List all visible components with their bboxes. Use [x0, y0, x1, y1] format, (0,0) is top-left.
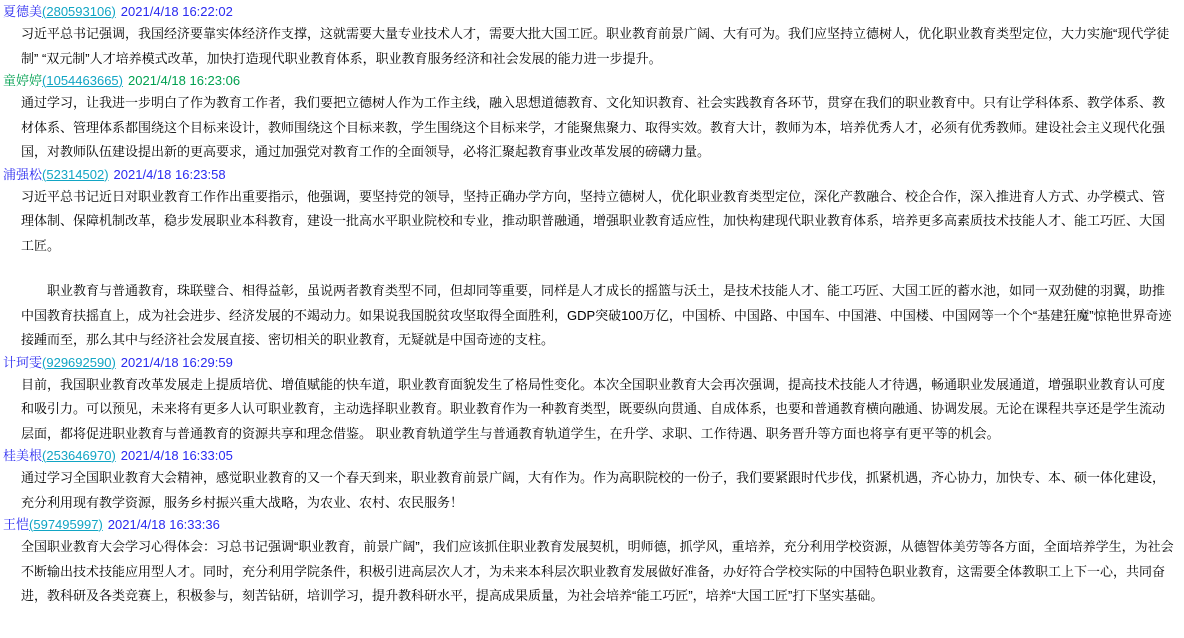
- message-paragraph: 通过学习全国职业教育大会精神，感觉职业教育的又一个春天到来，职业教育前景广阔，大…: [21, 466, 1174, 515]
- message-paragraph: 通过学习，让我进一步明白了作为教育工作者，我们要把立德树人作为工作主线，融入思想…: [21, 91, 1174, 165]
- message-body: 全国职业教育大会学习心得体会：习总书记强调“职业教育，前景广阔”，我们应该抓住职…: [21, 535, 1174, 609]
- message-header: 桂美根2536469702021/4/18 16:33:05: [3, 446, 1178, 466]
- timestamp: 2021/4/18 16:29:59: [121, 355, 233, 370]
- message-paragraph: 全国职业教育大会学习心得体会：习总书记强调“职业教育，前景广阔”，我们应该抓住职…: [21, 535, 1174, 609]
- message-paragraph: 习近平总书记强调，我国经济要靠实体经济作支撑，这就需要大量专业技术人才，需要大批…: [21, 22, 1174, 71]
- timestamp: 2021/4/18 16:22:02: [121, 4, 233, 19]
- qq-number-link[interactable]: 253646970: [42, 448, 116, 463]
- timestamp: 2021/4/18 16:33:36: [108, 517, 220, 532]
- message-header: 夏德美2805931062021/4/18 16:22:02: [3, 2, 1178, 22]
- timestamp: 2021/4/18 16:23:06: [128, 73, 240, 88]
- timestamp: 2021/4/18 16:33:05: [121, 448, 233, 463]
- qq-number-link[interactable]: 929692590: [42, 355, 116, 370]
- chat-message: 王恺5974959972021/4/18 16:33:36 全国职业教育大会学习…: [3, 515, 1178, 609]
- sender-name: 桂美根: [3, 448, 42, 463]
- message-paragraph: 职业教育与普通教育，珠联璧合、相得益彰，虽说两者教育类型不同，但却同等重要，同样…: [21, 279, 1174, 353]
- message-body: 习近平总书记强调，我国经济要靠实体经济作支撑，这就需要大量专业技术人才，需要大批…: [21, 22, 1174, 71]
- message-body: 习近平总书记近日对职业教育工作作出重要指示，他强调，要坚持党的领导，坚持正确办学…: [21, 185, 1174, 353]
- message-header: 童婷婷10544636652021/4/18 16:23:06: [3, 71, 1178, 91]
- message-paragraph: 习近平总书记近日对职业教育工作作出重要指示，他强调，要坚持党的领导，坚持正确办学…: [21, 185, 1174, 259]
- sender-name: 夏德美: [3, 4, 42, 19]
- sender-name: 童婷婷: [3, 73, 42, 88]
- qq-number-link[interactable]: 280593106: [42, 4, 116, 19]
- qq-number-link[interactable]: 597495997: [29, 517, 103, 532]
- sender-name: 浦强松: [3, 167, 42, 182]
- chat-message: 桂美根2536469702021/4/18 16:33:05 通过学习全国职业教…: [3, 446, 1178, 515]
- message-body: 通过学习全国职业教育大会精神，感觉职业教育的又一个春天到来，职业教育前景广阔，大…: [21, 466, 1174, 515]
- chat-message: 童婷婷10544636652021/4/18 16:23:06 通过学习，让我进…: [3, 71, 1178, 165]
- sender-name: 王恺: [3, 517, 29, 532]
- chat-message: 计珂雯9296925902021/4/18 16:29:59 目前，我国职业教育…: [3, 353, 1178, 447]
- qq-number-link[interactable]: 52314502: [42, 167, 109, 182]
- message-paragraph: 目前，我国职业教育改革发展走上提质培优、增值赋能的快车道，职业教育面貌发生了格局…: [21, 373, 1174, 447]
- sender-name: 计珂雯: [3, 355, 42, 370]
- message-body: 通过学习，让我进一步明白了作为教育工作者，我们要把立德树人作为工作主线，融入思想…: [21, 91, 1174, 165]
- message-header: 王恺5974959972021/4/18 16:33:36: [3, 515, 1178, 535]
- chat-log: 夏德美2805931062021/4/18 16:22:02 习近平总书记强调，…: [0, 0, 1184, 609]
- message-header: 计珂雯9296925902021/4/18 16:29:59: [3, 353, 1178, 373]
- message-header: 浦强松523145022021/4/18 16:23:58: [3, 165, 1178, 185]
- chat-message: 浦强松523145022021/4/18 16:23:58 习近平总书记近日对职…: [3, 165, 1178, 353]
- qq-number-link[interactable]: 1054463665: [42, 73, 123, 88]
- chat-message: 夏德美2805931062021/4/18 16:22:02 习近平总书记强调，…: [3, 2, 1178, 71]
- message-body: 目前，我国职业教育改革发展走上提质培优、增值赋能的快车道，职业教育面貌发生了格局…: [21, 373, 1174, 447]
- timestamp: 2021/4/18 16:23:58: [114, 167, 226, 182]
